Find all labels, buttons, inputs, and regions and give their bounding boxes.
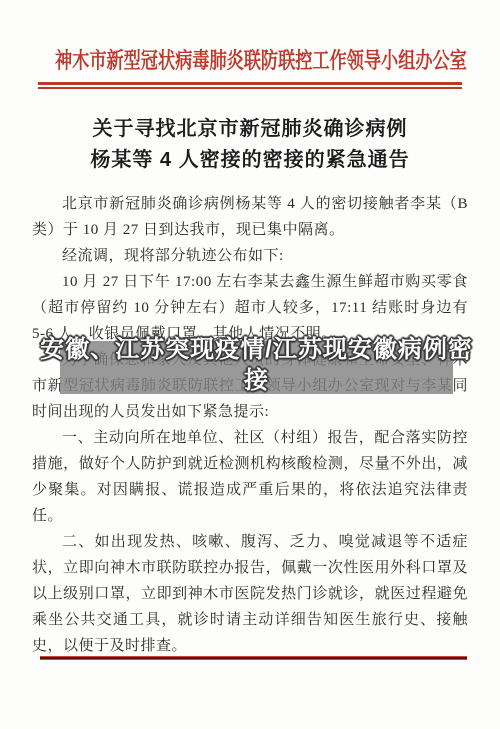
notice-title-line2: 杨某等 4 人密接的密接的紧急通告 [0,145,500,176]
notice-title-line1: 关于寻找北京市新冠肺炎确诊病例 [0,114,500,145]
notice-paragraph: 经流调，现将部分轨迹公布如下: [32,243,468,269]
news-caption-text: 安徽、江苏突现疫情/江苏现安徽病例密接 [32,334,481,396]
notice-document-photo: 神木市新型冠状病毒肺炎联防联控工作领导小组办公室 关于寻找北京市新冠肺炎确诊病例… [0,0,500,729]
notice-paragraph: 北京市新冠肺炎确诊病例杨某等 4 人的密切接触者李某（B类）于 10 月 27 … [32,191,468,243]
caption-overlay-band: 安徽、江苏突现疫情/江苏现安徽病例密接 [60,341,453,394]
notice-title: 关于寻找北京市新冠肺炎确诊病例 杨某等 4 人密接的密接的紧急通告 [0,114,500,176]
notice-paragraph: 二、如出现发热、咳嗽、腹泻、乏力、嗅觉减退等不适症状，立即向神木市联防联控办报告… [32,529,468,659]
masthead-double-rule [38,82,462,89]
footer-red-rule [40,656,467,660]
notice-body: 北京市新冠肺炎确诊病例杨某等 4 人的密切接触者李某（B类）于 10 月 27 … [32,191,468,659]
issuing-office-masthead: 神木市新型冠状病毒肺炎联防联控工作领导小组办公室 [55,44,445,75]
notice-paragraph: 一、主动向所在地单位、社区（村组）报告，配合落实防控措施，做好个人防护到就近检测… [32,425,468,529]
